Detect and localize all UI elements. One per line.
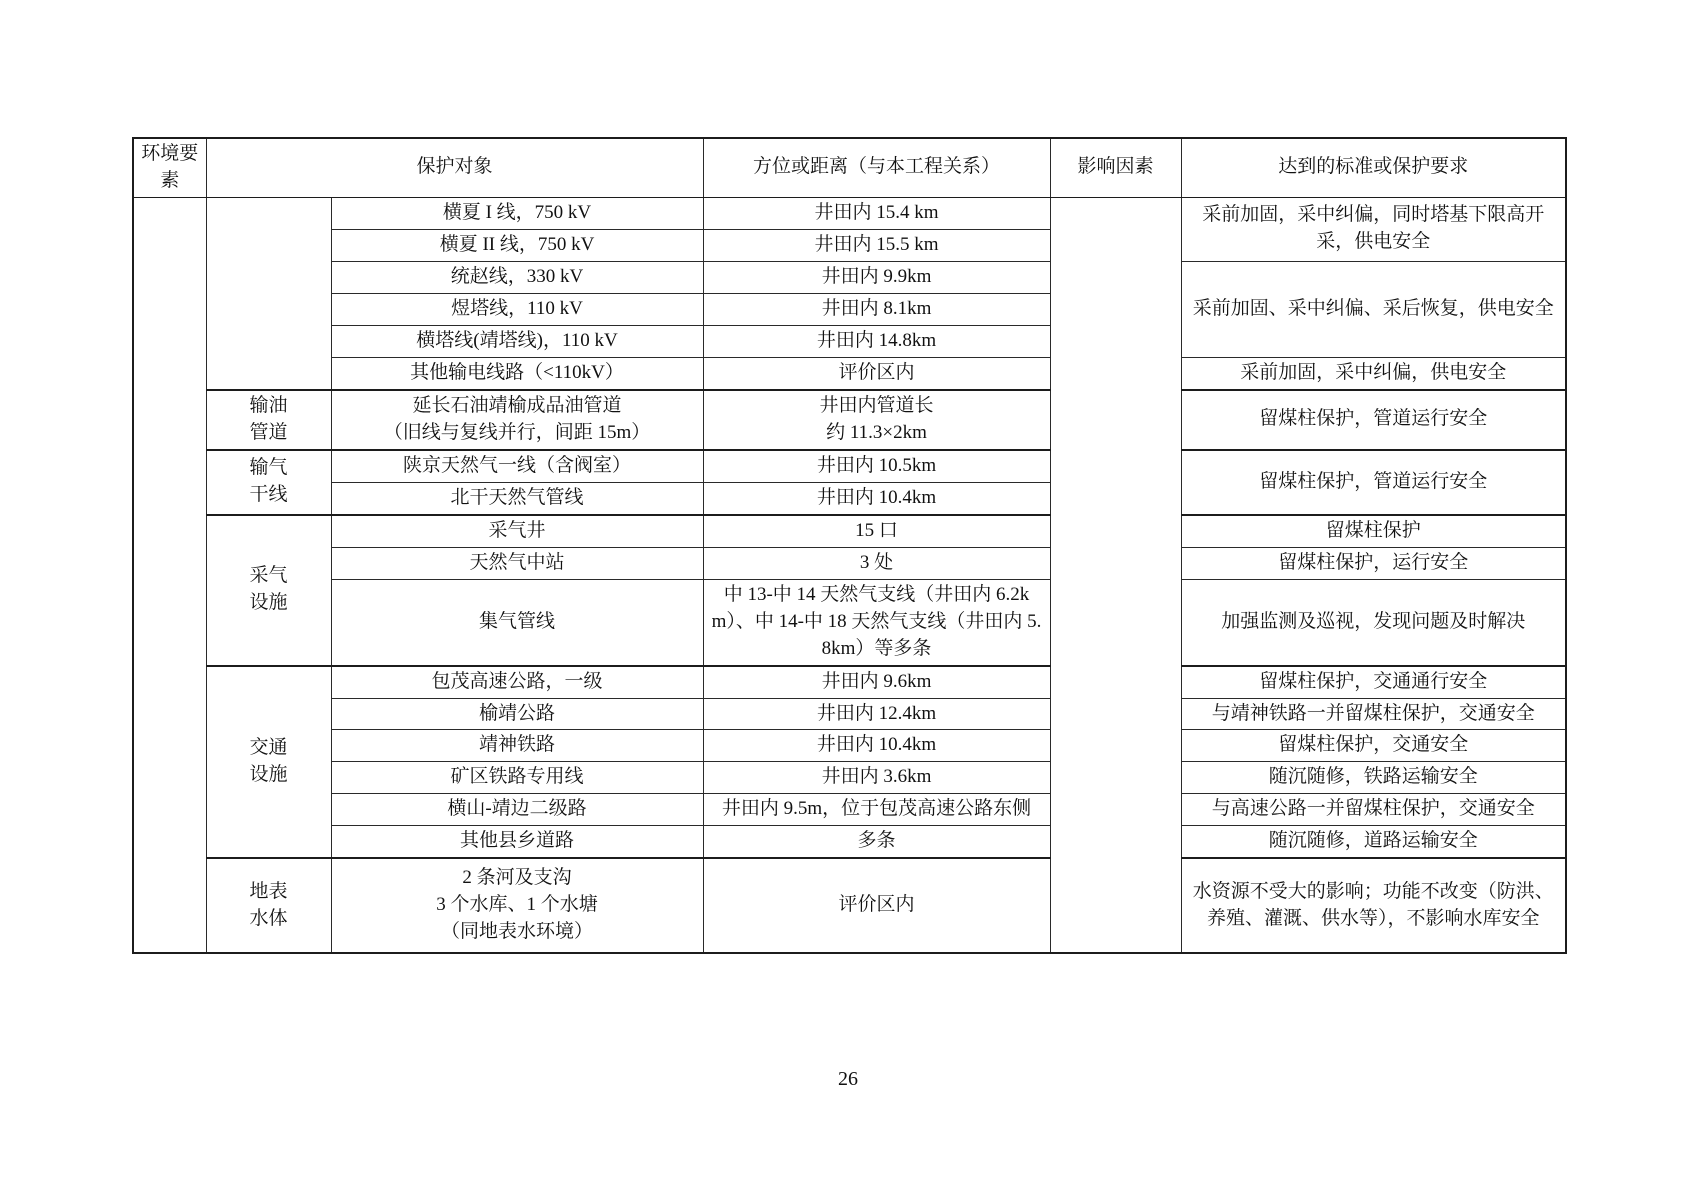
cell-r16-name: 矿区铁路专用线 xyxy=(331,762,703,794)
cell-r15-name: 靖神铁路 xyxy=(331,730,703,762)
cell-category-surface-water: 地表 水体 xyxy=(206,858,331,953)
cell-r10-distance: 15 口 xyxy=(703,515,1050,547)
cell-r3-distance: 井田内 9.9km xyxy=(703,261,1050,293)
header-standard: 达到的标准或保护要求 xyxy=(1181,138,1566,197)
cell-r12-distance: 中 13-中 14 天然气支线（井田内 6.2km）、中 14-中 18 天然气… xyxy=(703,579,1050,665)
cell-r3-name: 统赵线，330 kV xyxy=(331,261,703,293)
cell-r15-distance: 井田内 10.4km xyxy=(703,730,1050,762)
cell-impact-factor-body xyxy=(1050,197,1181,953)
cell-r6-distance: 评价区内 xyxy=(703,357,1050,389)
cell-r19-name: 2 条河及支沟 3 个水库、1 个水塘 （同地表水环境） xyxy=(331,858,703,953)
table-row: 靖神铁路 井田内 10.4km 留煤柱保护，交通安全 xyxy=(133,730,1566,762)
table-row: 集气管线 中 13-中 14 天然气支线（井田内 6.2km）、中 14-中 1… xyxy=(133,579,1566,665)
cell-r10-name: 采气井 xyxy=(331,515,703,547)
cell-req-row19: 水资源不受大的影响；功能不改变（防洪、养殖、灌溉、供水等），不影响水库安全 xyxy=(1181,858,1566,953)
header-distance: 方位或距离（与本工程关系） xyxy=(703,138,1050,197)
cell-category-gas-trunk: 输气 干线 xyxy=(206,450,331,515)
table-row: 横山-靖边二级路 井田内 9.5m，位于包茂高速公路东侧 与高速公路一并留煤柱保… xyxy=(133,794,1566,826)
cell-r14-distance: 井田内 12.4km xyxy=(703,698,1050,730)
table-row: 地表 水体 2 条河及支沟 3 个水库、1 个水塘 （同地表水环境） 评价区内 … xyxy=(133,858,1566,953)
cell-req-rows3-5: 采前加固、采中纠偏、采后恢复，供电安全 xyxy=(1181,261,1566,357)
table-row: 输气 干线 陕京天然气一线（含阀室） 井田内 10.5km 留煤柱保护，管道运行… xyxy=(133,450,1566,482)
cell-req-rows1-2: 采前加固，采中纠偏，同时塔基下限高开采，供电安全 xyxy=(1181,197,1566,261)
cell-r16-distance: 井田内 3.6km xyxy=(703,762,1050,794)
cell-r9-distance: 井田内 10.4km xyxy=(703,482,1050,514)
cell-r7-name: 延长石油靖榆成品油管道 （旧线与复线并行，间距 15m） xyxy=(331,390,703,450)
cell-category-traffic: 交通 设施 xyxy=(206,666,331,859)
protection-objects-table: 环境要素 保护对象 方位或距离（与本工程关系） 影响因素 达到的标准或保护要求 … xyxy=(132,137,1567,954)
cell-r4-name: 煜塔线，110 kV xyxy=(331,293,703,325)
cell-r12-name: 集气管线 xyxy=(331,579,703,665)
cell-r1-name: 横夏 I 线，750 kV xyxy=(331,197,703,229)
cell-req-row10: 留煤柱保护 xyxy=(1181,515,1566,547)
header-impact-factor: 影响因素 xyxy=(1050,138,1181,197)
cell-r2-distance: 井田内 15.5 km xyxy=(703,229,1050,261)
cell-r8-distance: 井田内 10.5km xyxy=(703,450,1050,482)
cell-r2-name: 横夏 II 线，750 kV xyxy=(331,229,703,261)
header-env-element: 环境要素 xyxy=(133,138,206,197)
cell-r1-distance: 井田内 15.4 km xyxy=(703,197,1050,229)
cell-req-row18: 随沉随修，道路运输安全 xyxy=(1181,826,1566,858)
protection-table-wrapper: 环境要素 保护对象 方位或距离（与本工程关系） 影响因素 达到的标准或保护要求 … xyxy=(132,137,1567,954)
cell-req-row16: 随沉随修，铁路运输安全 xyxy=(1181,762,1566,794)
table-row: 交通 设施 包茂高速公路，一级 井田内 9.6km 留煤柱保护，交通通行安全 xyxy=(133,666,1566,698)
table-row: 横夏 I 线，750 kV 井田内 15.4 km 采前加固，采中纠偏，同时塔基… xyxy=(133,197,1566,229)
table-row: 其他输电线路（<110kV） 评价区内 采前加固，采中纠偏，供电安全 xyxy=(133,357,1566,389)
header-row: 环境要素 保护对象 方位或距离（与本工程关系） 影响因素 达到的标准或保护要求 xyxy=(133,138,1566,197)
cell-r6-name: 其他输电线路（<110kV） xyxy=(331,357,703,389)
cell-r9-name: 北干天然气管线 xyxy=(331,482,703,514)
table-row: 输油 管道 延长石油靖榆成品油管道 （旧线与复线并行，间距 15m） 井田内管道… xyxy=(133,390,1566,450)
cell-category-gas-facility: 采气 设施 xyxy=(206,515,331,666)
cell-r19-distance: 评价区内 xyxy=(703,858,1050,953)
cell-req-row6: 采前加固，采中纠偏，供电安全 xyxy=(1181,357,1566,389)
cell-req-row15: 留煤柱保护，交通安全 xyxy=(1181,730,1566,762)
cell-req-row14: 与靖神铁路一并留煤柱保护，交通安全 xyxy=(1181,698,1566,730)
header-protect-object: 保护对象 xyxy=(206,138,703,197)
cell-r14-name: 榆靖公路 xyxy=(331,698,703,730)
cell-r5-name: 横塔线(靖塔线)，110 kV xyxy=(331,325,703,357)
cell-r13-distance: 井田内 9.6km xyxy=(703,666,1050,698)
cell-r7-distance: 井田内管道长 约 11.3×2km xyxy=(703,390,1050,450)
cell-r13-name: 包茂高速公路，一级 xyxy=(331,666,703,698)
table-row: 其他县乡道路 多条 随沉随修，道路运输安全 xyxy=(133,826,1566,858)
cell-req-row11: 留煤柱保护，运行安全 xyxy=(1181,547,1566,579)
table-row: 采气 设施 采气井 15 口 留煤柱保护 xyxy=(133,515,1566,547)
table-row: 榆靖公路 井田内 12.4km 与靖神铁路一并留煤柱保护，交通安全 xyxy=(133,698,1566,730)
cell-r4-distance: 井田内 8.1km xyxy=(703,293,1050,325)
cell-req-row17: 与高速公路一并留煤柱保护，交通安全 xyxy=(1181,794,1566,826)
cell-r18-name: 其他县乡道路 xyxy=(331,826,703,858)
cell-r17-name: 横山-靖边二级路 xyxy=(331,794,703,826)
page-number: 26 xyxy=(0,1068,1696,1091)
cell-r17-distance: 井田内 9.5m，位于包茂高速公路东侧 xyxy=(703,794,1050,826)
cell-req-row13: 留煤柱保护，交通通行安全 xyxy=(1181,666,1566,698)
cell-r11-name: 天然气中站 xyxy=(331,547,703,579)
table-row: 统赵线，330 kV 井田内 9.9km 采前加固、采中纠偏、采后恢复，供电安全 xyxy=(133,261,1566,293)
cell-r8-name: 陕京天然气一线（含阀室） xyxy=(331,450,703,482)
cell-r11-distance: 3 处 xyxy=(703,547,1050,579)
table-row: 天然气中站 3 处 留煤柱保护，运行安全 xyxy=(133,547,1566,579)
cell-r18-distance: 多条 xyxy=(703,826,1050,858)
cell-category-oil-pipeline: 输油 管道 xyxy=(206,390,331,450)
table-row: 矿区铁路专用线 井田内 3.6km 随沉随修，铁路运输安全 xyxy=(133,762,1566,794)
cell-env-element-body xyxy=(133,197,206,953)
cell-r5-distance: 井田内 14.8km xyxy=(703,325,1050,357)
cell-category-powerlines xyxy=(206,197,331,389)
cell-req-row7: 留煤柱保护，管道运行安全 xyxy=(1181,390,1566,450)
cell-req-rows8-9: 留煤柱保护，管道运行安全 xyxy=(1181,450,1566,515)
cell-req-row12: 加强监测及巡视，发现问题及时解决 xyxy=(1181,579,1566,665)
